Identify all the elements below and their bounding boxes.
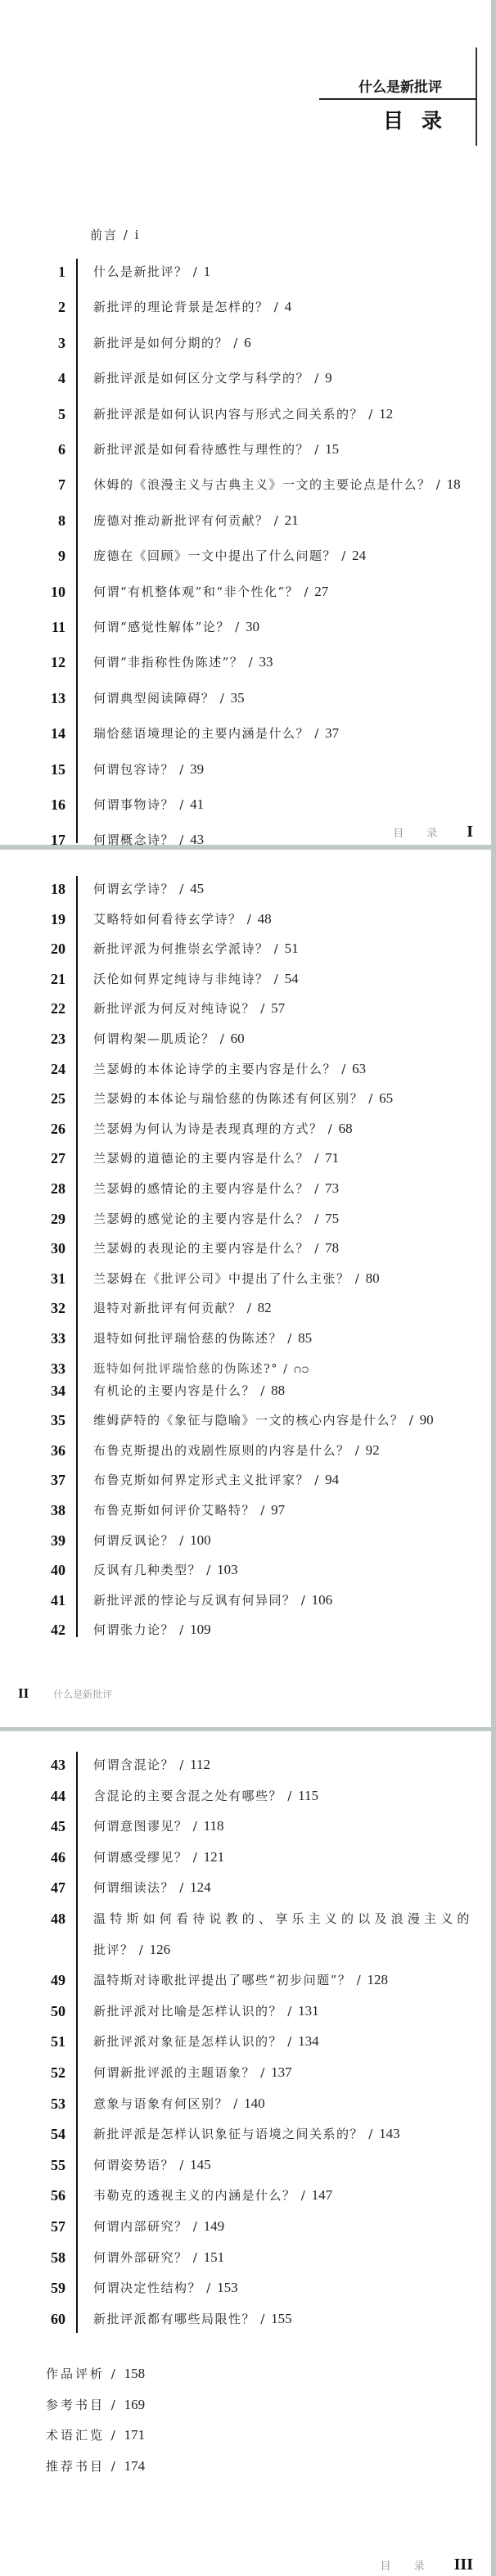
entry-page-number: 103 [217, 1562, 238, 1577]
entry-title: 反讽有几种类型？ / 103 [93, 1558, 238, 1582]
entry-separator: / [282, 2004, 298, 2019]
footer-label: 目录 [381, 2560, 448, 2573]
entry-separator: / [174, 762, 190, 777]
toc-page-3: 43何谓含混论？ / 11244含混论的主要含混之处有哪些？ / 11545何谓… [0, 1731, 496, 2576]
toc-entry[interactable]: 3新批评是如何分期的？ / 6 [0, 331, 491, 355]
toc-entry[interactable]: 38布鲁克斯如何评价艾略特？ / 97 [0, 1498, 491, 1523]
toc-entry[interactable]: 5新批评派是如何认识内容与形式之间关系的？ / 12 [0, 402, 491, 426]
entry-page-number: 73 [325, 1180, 339, 1196]
page-footer: 目录III [381, 2556, 473, 2574]
entry-number: 44 [33, 1784, 65, 1808]
entry-separator: / [269, 972, 285, 986]
entry-page-number: ဂ၁ [294, 1360, 309, 1376]
entry-number: 38 [33, 1498, 65, 1523]
entry-title: 何谓概念诗？ / 43 [93, 828, 204, 852]
entry-title-text: 新批评派是如何区分文学与科学的？ [93, 371, 309, 386]
book-title: 什么是新批评 [358, 75, 442, 96]
entry-separator: / [201, 2281, 217, 2295]
toc-entry[interactable]: 15何谓包容诗？ / 39 [0, 757, 491, 782]
toc-entry[interactable]: 13何谓典型阅读障碍？ / 35 [0, 686, 491, 711]
toc-entry[interactable]: 14瑞恰慈语境理论的主要内涵是什么？ / 37 [0, 721, 491, 746]
entry-number: 55 [33, 2153, 65, 2177]
entry-number: 25 [33, 1086, 65, 1111]
entry-number: 23 [33, 1026, 65, 1051]
entry-number: 54 [33, 2122, 65, 2146]
entry-title: 新批评派是如何看待感性与理性的？ / 15 [93, 437, 339, 462]
entry-separator: / [188, 2250, 204, 2265]
entry-title-continued: 批评？ / 126 [93, 1938, 170, 1962]
entry-number: 34 [33, 1378, 65, 1403]
entry-title-text: 兰瑟姆为何认为诗是表现真理的方式？ [93, 1121, 323, 1136]
entry-title-text: 何谓新批评派的主题语象？ [93, 2065, 255, 2080]
entry-separator: / [309, 1181, 325, 1196]
entry-title: 新批评派对比喻是怎样认识的？ / 131 [93, 1999, 319, 2023]
toc-entry[interactable]: 60新批评派都有哪些局限性？ / 155 [0, 2307, 491, 2331]
entry-separator: / [174, 2158, 190, 2172]
entry-separator: / [282, 1331, 298, 1346]
entry-number: 49 [33, 1968, 65, 1992]
entry-page-number: 51 [285, 941, 299, 956]
entry-separator: / [174, 1533, 190, 1548]
toc-entry[interactable]: 48温特斯如何看待说教的、享乐主义的以及浪漫主义的批评？ / 126 [0, 1906, 491, 1931]
entry-separator: / [174, 797, 190, 812]
entry-page-number: 45 [190, 881, 204, 896]
entry-title-text: 新批评派的悖论与反讽有何异同？ [93, 1593, 296, 1608]
backmatter-separator: / [105, 2366, 124, 2381]
entry-page-number: 124 [190, 1879, 211, 1895]
entry-title: 布鲁克斯如何评价艾略特？ / 97 [93, 1498, 285, 1523]
entry-page-number: 30 [246, 619, 259, 634]
entry-page-number: 128 [367, 1972, 388, 1987]
backmatter-item[interactable]: 作品评析 / 158 [46, 2362, 145, 2386]
toc-entry[interactable]: 6新批评派是如何看待感性与理性的？ / 15 [0, 437, 491, 462]
entry-title: 兰瑟姆为何认为诗是表现真理的方式？ / 68 [93, 1117, 353, 1141]
toc-entry[interactable]: 16何谓事物诗？ / 41 [0, 792, 491, 817]
entry-title: 兰瑟姆的道德论的主要内容是什么？ / 71 [93, 1146, 339, 1171]
entry-title: 温特斯如何看待说教的、享乐主义的以及浪漫主义的 [93, 1906, 474, 1931]
entry-number: 30 [33, 1236, 65, 1261]
entry-title-text: 新批评派都有哪些局限性？ [93, 2312, 255, 2326]
entry-number: 14 [33, 721, 65, 746]
entry-title: 艾略特如何看待玄学诗？ / 48 [93, 907, 272, 932]
entry-title-text: 何谓张力论？ [93, 1622, 174, 1637]
backmatter-page-number: 158 [124, 2366, 146, 2381]
entry-title-text: 何谓细读法？ [93, 1880, 174, 1895]
entry-title-text: 何谓内部研究？ [93, 2219, 188, 2234]
entry-number: 29 [33, 1207, 65, 1231]
backmatter-item[interactable]: 推荐书目 / 174 [46, 2454, 145, 2479]
entry-page-number: 35 [231, 690, 245, 706]
entry-title-text: 兰瑟姆的表现论的主要内容是什么？ [93, 1241, 309, 1256]
entry-separator: / [309, 1151, 325, 1166]
entry-title-text: 兰瑟姆的感情论的主要内容是什么？ [93, 1181, 309, 1196]
entry-separator: / [431, 477, 447, 492]
entry-separator: / [309, 1473, 325, 1487]
toc-entry[interactable]: 34有机论的主要内容是什么？ / 88 [0, 1378, 491, 1403]
toc-entry[interactable]: 11何谓“感觉性解体”论？ / 30 [0, 615, 491, 639]
entry-title: 温特斯对诗歌批评提出了哪些“初步问题”？ / 128 [93, 1968, 388, 1992]
entry-number: 45 [33, 1814, 65, 1838]
entry-title: 何谓内部研究？ / 149 [93, 2214, 224, 2239]
entry-separator: / [201, 1563, 217, 1577]
entry-title: 瑞恰慈语境理论的主要内涵是什么？ / 37 [93, 721, 339, 746]
toc-entry[interactable]: 21沃伦如何界定纯诗与非纯诗？ / 54 [0, 967, 491, 991]
backmatter-page-number: 169 [124, 2397, 146, 2412]
entry-number: 8 [33, 508, 65, 533]
entry-page-number: 131 [298, 2003, 319, 2019]
entry-number: 40 [33, 1558, 65, 1582]
entry-title-text: 沃伦如何界定纯诗与非纯诗？ [93, 972, 269, 986]
entry-separator: / [215, 1031, 231, 1046]
toc-entry[interactable]: 1什么是新批评？ / 1 [0, 259, 491, 284]
toc-entry[interactable]: 25兰瑟姆的本体论与瑞恰慈的伪陈述有何区别？ / 65 [0, 1086, 491, 1111]
toc-entry[interactable]: 45何谓意图谬见？ / 118 [0, 1814, 491, 1838]
backmatter-separator: / [105, 2398, 124, 2412]
toc-entry[interactable]: 37布鲁克斯如何界定形式主义批评家？ / 94 [0, 1468, 491, 1492]
backmatter-separator: / [105, 2428, 124, 2443]
entry-title: 兰瑟姆的本体论与瑞恰慈的伪陈述有何区别？ / 65 [93, 1086, 393, 1111]
toc-entry[interactable]: 36布鲁克斯提出的戏剧性原则的内容是什么？ / 92 [0, 1438, 491, 1463]
backmatter-page-number: 174 [124, 2458, 146, 2474]
toc-entry[interactable]: 18何谓玄学诗？ / 45 [0, 877, 491, 901]
entry-separator: / [363, 2127, 379, 2141]
entry-title-text: 韦勒克的透视主义的内涵是什么？ [93, 2188, 296, 2203]
toc-entry[interactable]: 52何谓新批评派的主题语象？ / 137 [0, 2060, 491, 2085]
entry-number: 32 [33, 1296, 65, 1320]
entry-title-text: 何谓感受缪见？ [93, 1850, 188, 1865]
backmatter-label: 术语汇览 [46, 2428, 105, 2443]
entry-page-number: 54 [285, 971, 299, 986]
entry-title-text: 何谓“有机整体观”和“非个性化”？ [93, 584, 299, 599]
toc-entry[interactable]: 19艾略特如何看待玄学诗？ / 48 [0, 907, 491, 932]
entry-title-text: 兰瑟姆的道德论的主要内容是什么？ [93, 1151, 309, 1166]
entry-page-number: 100 [190, 1532, 211, 1548]
entry-title-text: 布鲁克斯如何界定形式主义批评家？ [93, 1473, 309, 1487]
entry-title-text: 新批评派是如何认识内容与形式之间关系的？ [93, 407, 363, 422]
toc-entry[interactable]: 46何谓感受缪见？ / 121 [0, 1845, 491, 1870]
entry-number: 33 [33, 1326, 65, 1351]
entry-separator: / [174, 1880, 190, 1895]
entry-title-text: 逛特如何批评瑞恰慈的伪陈述?° [93, 1363, 278, 1376]
entry-number: 28 [33, 1176, 65, 1201]
toc-entry[interactable]: 31兰瑟姆在《批评公司》中提出了什么主张？ / 80 [0, 1266, 491, 1291]
entry-title: 什么是新批评？ / 1 [93, 259, 210, 284]
entry-separator: / [323, 1121, 339, 1136]
toc-entry[interactable]: 35维姆萨特的《象征与隐喻》一文的核心内容是什么？ / 90 [0, 1408, 491, 1432]
entry-title: 新批评派为何反对纯诗说？ / 57 [93, 996, 285, 1021]
entry-title-text: 新批评派是怎样认识象征与语境之间关系的？ [93, 2127, 363, 2141]
toc-entry[interactable]: 49温特斯对诗歌批评提出了哪些“初步问题”？ / 128 [0, 1968, 491, 1992]
entry-number: 35 [33, 1408, 65, 1432]
entry-title-text: 退特如何批评瑞恰慈的伪陈述？ [93, 1331, 282, 1346]
entry-title: 何谓意图谬见？ / 118 [93, 1814, 223, 1838]
entry-separator: / [309, 442, 325, 457]
toc-entry[interactable]: 56韦勒克的透视主义的内涵是什么？ / 147 [0, 2183, 491, 2208]
toc-entry[interactable]: 33逛特如何批评瑞恰慈的伪陈述?° / ဂ၁ [0, 1356, 491, 1381]
entry-separator: / [350, 1443, 366, 1458]
footer-page-number: II [18, 1685, 29, 1701]
backmatter-item[interactable]: 术语汇览 / 171 [46, 2423, 145, 2447]
entry-title: 新批评的理论背景是怎样的？ / 4 [93, 295, 291, 319]
entry-separator: / [228, 336, 244, 350]
toc-entry[interactable]: 10何谓“有机整体观”和“非个性化”？ / 27 [0, 580, 491, 604]
entry-page-number: 126 [150, 1942, 171, 1957]
entry-title-text: 何谓典型阅读障碍？ [93, 691, 215, 706]
entry-number: 48 [33, 1906, 65, 1931]
entry-page-number: 57 [271, 1000, 285, 1016]
entry-page-number: 143 [379, 2126, 400, 2141]
entry-page-number: 65 [379, 1090, 393, 1106]
entry-title-text: 布鲁克斯提出的戏剧性原则的内容是什么？ [93, 1443, 350, 1458]
entry-number: 41 [33, 1588, 65, 1613]
entry-title: 有机论的主要内容是什么？ / 88 [93, 1378, 285, 1403]
backmatter-label: 参考书目 [46, 2398, 105, 2412]
toc-entry[interactable]: 32退特对新批评有何贡献？ / 82 [0, 1296, 491, 1320]
entry-title-text: 何谓意图谬见？ [93, 1819, 188, 1834]
entry-title: 意象与语象有何区别？ / 140 [93, 2091, 265, 2116]
entry-title: 休姆的《浪漫主义与古典主义》一文的主要论点是什么？ / 18 [93, 472, 461, 497]
entry-title-text: 何谓决定性结构？ [93, 2281, 201, 2295]
entry-title: 何谓“感觉性解体”论？ / 30 [93, 615, 259, 639]
entry-page-number: 82 [258, 1300, 272, 1315]
entry-number: 39 [33, 1528, 65, 1553]
entry-title: 何谓典型阅读障碍？ / 35 [93, 686, 245, 711]
entry-separator: / [282, 2034, 298, 2049]
entry-title: 何谓包容诗？ / 39 [93, 757, 204, 782]
toc-entry[interactable]: 20新批评派为何推崇玄学派诗？ / 51 [0, 936, 491, 961]
backmatter-item[interactable]: 参考书目 / 169 [46, 2393, 145, 2417]
entry-page-number: 15 [325, 441, 339, 457]
toc-entry[interactable]: 33退特如何批评瑞恰慈的伪陈述？ / 85 [0, 1326, 491, 1351]
entry-title: 兰瑟姆在《批评公司》中提出了什么主张？ / 80 [93, 1266, 380, 1291]
entry-title-text: 庞德在《回顾》一文中提出了什么问题？ [93, 548, 336, 563]
entry-title-text: 有机论的主要内容是什么？ [93, 1383, 255, 1398]
toc-entry[interactable]: 57何谓内部研究？ / 149 [0, 2214, 491, 2239]
entry-page-number: 115 [298, 1788, 318, 1803]
entry-title: 何谓感受缪见？ / 121 [93, 1845, 224, 1870]
entry-separator: / [282, 1789, 298, 1803]
entry-page-number: 153 [217, 2280, 238, 2295]
entry-number: 46 [33, 1845, 65, 1870]
entry-title: 新批评派是怎样认识象征与语境之间关系的？ / 143 [93, 2122, 400, 2146]
entry-number: 16 [33, 792, 65, 817]
entry-title-text: 何谓反讽论？ [93, 1533, 174, 1548]
entry-page-number: 149 [204, 2218, 225, 2234]
entry-page-number: 106 [312, 1592, 333, 1608]
entry-number: 59 [33, 2276, 65, 2300]
entry-title-text: 新批评的理论背景是怎样的？ [93, 300, 269, 314]
entry-title: 韦勒克的透视主义的内涵是什么？ / 147 [93, 2183, 332, 2208]
toc-entry[interactable]: 44含混论的主要含混之处有哪些？ / 115 [0, 1784, 491, 1808]
entry-number: 3 [33, 331, 65, 355]
entry-title: 兰瑟姆的感情论的主要内容是什么？ / 73 [93, 1176, 339, 1201]
entry-page-number: 1 [204, 264, 211, 279]
footer-page-number: III [454, 2556, 473, 2574]
entry-title: 新批评派为何推崇玄学派诗？ / 51 [93, 936, 299, 961]
toc-entry[interactable]: 51新批评派对象征是怎样认识的？ / 134 [0, 2029, 491, 2054]
entry-page-number: 21 [285, 512, 299, 528]
toc-entry[interactable]: 29兰瑟姆的感觉论的主要内容是什么？ / 75 [0, 1207, 491, 1231]
footer-page-number: I [467, 823, 473, 841]
entry-page-number: 118 [204, 1818, 224, 1834]
entry-separator: / [351, 1973, 367, 1987]
toc-entry[interactable]: 40反讽有几种类型？ / 103 [0, 1558, 491, 1582]
entry-title-text: 温特斯如何看待说教的、享乐主义的以及浪漫主义的 [93, 1911, 474, 1926]
backmatter-separator: / [105, 2459, 124, 2474]
toc-entry[interactable]: 58何谓外部研究？ / 151 [0, 2245, 491, 2270]
entry-title-text: 批评？ [93, 1942, 134, 1957]
entry-title: 何谓新批评派的主题语象？ / 137 [93, 2060, 292, 2085]
entry-separator: / [336, 1062, 352, 1076]
toc-entry[interactable]: 2新批评的理论背景是怎样的？ / 4 [0, 295, 491, 319]
entry-page-number: 68 [339, 1121, 353, 1136]
toc-entry[interactable]: 4新批评派是如何区分文学与科学的？ / 9 [0, 366, 491, 390]
entry-page-number: 90 [420, 1412, 434, 1428]
entry-title-text: 瑞恰慈语境理论的主要内涵是什么？ [93, 726, 309, 741]
entry-number: 21 [33, 967, 65, 991]
toc-entry[interactable]: 39何谓反讽论？ / 100 [0, 1528, 491, 1553]
entry-separator: / [336, 548, 352, 563]
entry-separator: / [309, 1211, 325, 1226]
entry-separator: / [255, 1383, 271, 1398]
entry-page-number: 147 [312, 2187, 333, 2203]
toc-entry[interactable]: 59何谓决定性结构？ / 153 [0, 2276, 491, 2300]
entry-title-text: 何谓“非指称性伪陈述”？ [93, 655, 243, 670]
entry-title-text: 退特对新批评有何贡献？ [93, 1301, 242, 1315]
toc-entry[interactable]: 26兰瑟姆为何认为诗是表现真理的方式？ / 68 [0, 1117, 491, 1141]
entry-page-number: 145 [190, 2157, 211, 2172]
entry-separator: / [174, 1622, 190, 1637]
toc-entry[interactable]: 12何谓“非指称性伪陈述”？ / 33 [0, 650, 491, 674]
entry-title: 新批评派都有哪些局限性？ / 155 [93, 2307, 292, 2331]
entry-number: 37 [33, 1468, 65, 1492]
entry-number: 53 [33, 2091, 65, 2116]
entry-number: 5 [33, 402, 65, 426]
entry-page-number: 75 [325, 1211, 339, 1226]
entry-number: 51 [33, 2029, 65, 2054]
entry-page-number: 24 [352, 548, 366, 563]
entry-page-number: 60 [231, 1031, 245, 1046]
toc-entry[interactable]: 24兰瑟姆的本体论诗学的主要内容是什么？ / 63 [0, 1057, 491, 1081]
entry-title: 兰瑟姆的感觉论的主要内容是什么？ / 75 [93, 1207, 339, 1231]
entry-number: 52 [33, 2060, 65, 2085]
entry-number: 1 [33, 259, 65, 284]
entry-title-text: 新批评派对比喻是怎样认识的？ [93, 2004, 282, 2019]
entry-title: 何谓构架—肌质论？ / 60 [93, 1026, 245, 1051]
entry-separator: / [255, 1001, 271, 1016]
entry-page-number: 27 [314, 584, 328, 599]
entry-title-text: 兰瑟姆在《批评公司》中提出了什么主张？ [93, 1271, 350, 1286]
toc-entry[interactable]: 43何谓含混论？ / 112 [0, 1753, 491, 1777]
entry-title: 新批评派是如何认识内容与形式之间关系的？ / 12 [93, 402, 393, 426]
entry-separator: / [243, 655, 259, 670]
entry-title: 何谓反讽论？ / 100 [93, 1528, 211, 1553]
entry-page-number: 94 [325, 1472, 339, 1487]
entry-number: 9 [33, 544, 65, 568]
entry-page-number: 92 [366, 1442, 380, 1458]
header-vertical-rule [476, 47, 477, 146]
entry-separator: / [278, 1363, 294, 1376]
toc-entry[interactable]: 47何谓细读法？ / 124 [0, 1875, 491, 1900]
entry-number: 60 [33, 2307, 65, 2331]
toc-entry[interactable]: 50新批评派对比喻是怎样认识的？ / 131 [0, 1999, 491, 2023]
entry-number: 50 [33, 1999, 65, 2023]
toc-entry[interactable]: 41新批评派的悖论与反讽有何异同？ / 106 [0, 1588, 491, 1613]
entry-title: 何谓含混论？ / 112 [93, 1753, 210, 1777]
entry-number: 33 [33, 1356, 65, 1381]
entry-number: 43 [33, 1753, 65, 1777]
toc-entry[interactable]: 22新批评派为何反对纯诗说？ / 57 [0, 996, 491, 1021]
toc-entry[interactable]: 54新批评派是怎样认识象征与语境之间关系的？ / 143 [0, 2122, 491, 2146]
entry-title-text: 新批评是如何分期的？ [93, 336, 228, 350]
entry-page-number: 112 [190, 1757, 210, 1772]
entry-page-number: 43 [190, 832, 204, 847]
toc-entry[interactable]: 42何谓张力论？ / 109 [0, 1617, 491, 1642]
entry-page-number: 137 [271, 2064, 292, 2080]
toc-entry[interactable]: 27兰瑟姆的道德论的主要内容是什么？ / 71 [0, 1146, 491, 1171]
entry-title-text: 何谓事物诗？ [93, 797, 174, 812]
entry-number: 31 [33, 1266, 65, 1291]
entry-page-number: 80 [366, 1270, 380, 1286]
entry-separator: / [363, 407, 379, 422]
entry-title: 何谓细读法？ / 124 [93, 1875, 211, 1900]
entry-separator: / [350, 1271, 366, 1286]
toc-entry[interactable]: 55何谓姿势语？ / 145 [0, 2153, 491, 2177]
entry-number: 22 [33, 996, 65, 1021]
entry-number: 10 [33, 580, 65, 604]
toc-entry[interactable]: 23何谓构架—肌质论？ / 60 [0, 1026, 491, 1051]
toc-entry[interactable]: 7休姆的《浪漫主义与古典主义》一文的主要论点是什么？ / 18 [0, 472, 491, 497]
entry-title-text: 意象与语象有何区别？ [93, 2096, 228, 2111]
toc-preface[interactable]: 前言 / i [90, 223, 138, 247]
toc-entry[interactable]: 30兰瑟姆的表现论的主要内容是什么？ / 78 [0, 1236, 491, 1261]
entry-title: 维姆萨特的《象征与隐喻》一文的核心内容是什么？ / 90 [93, 1408, 434, 1432]
footer-label: 目录 [393, 828, 460, 840]
entry-page-number: 71 [325, 1150, 339, 1166]
entry-separator: / [404, 1413, 420, 1428]
toc-entry[interactable]: 8庞德对推动新批评有何贡献？ / 21 [0, 508, 491, 533]
entry-number: 6 [33, 437, 65, 462]
entry-title-text: 温特斯对诗歌批评提出了哪些“初步问题”？ [93, 1973, 351, 1987]
entry-title-text: 什么是新批评？ [93, 264, 188, 279]
entry-number: 42 [33, 1617, 65, 1642]
entry-title-text: 何谓包容诗？ [93, 762, 174, 777]
entry-separator: / [188, 264, 204, 279]
entry-separator: / [269, 941, 285, 956]
toc-entry[interactable]: 9庞德在《回顾》一文中提出了什么问题？ / 24 [0, 544, 491, 568]
entry-title-text: 新批评派为何反对纯诗说？ [93, 1001, 255, 1016]
toc-page-2: 18何谓玄学诗？ / 4519艾略特如何看待玄学诗？ / 4820新批评派为何推… [0, 850, 496, 1727]
toc-entry[interactable]: 53意象与语象有何区别？ / 140 [0, 2091, 491, 2116]
page-footer: 目录I [393, 823, 473, 841]
entry-separator: / [230, 620, 246, 634]
entry-number: 47 [33, 1875, 65, 1900]
entry-separator: / [228, 2096, 244, 2111]
entry-number: 18 [33, 877, 65, 901]
entry-title: 何谓“非指称性伪陈述”？ / 33 [93, 650, 273, 674]
entry-title-text: 兰瑟姆的本体论与瑞恰慈的伪陈述有何区别？ [93, 1091, 363, 1106]
entry-title: 新批评派对象征是怎样认识的？ / 134 [93, 2029, 319, 2054]
entry-page-number: 134 [298, 2033, 319, 2049]
entry-number: 15 [33, 757, 65, 782]
entry-title: 退特对新批评有何贡献？ / 82 [93, 1296, 272, 1320]
toc-entry[interactable]: 28兰瑟姆的感情论的主要内容是什么？ / 73 [0, 1176, 491, 1201]
entry-number: 11 [33, 615, 65, 639]
entry-number: 17 [33, 828, 65, 852]
entry-number: 4 [33, 366, 65, 390]
entry-separator: / [188, 1819, 204, 1834]
entry-title-text: 新批评派是如何看待感性与理性的？ [93, 442, 309, 457]
